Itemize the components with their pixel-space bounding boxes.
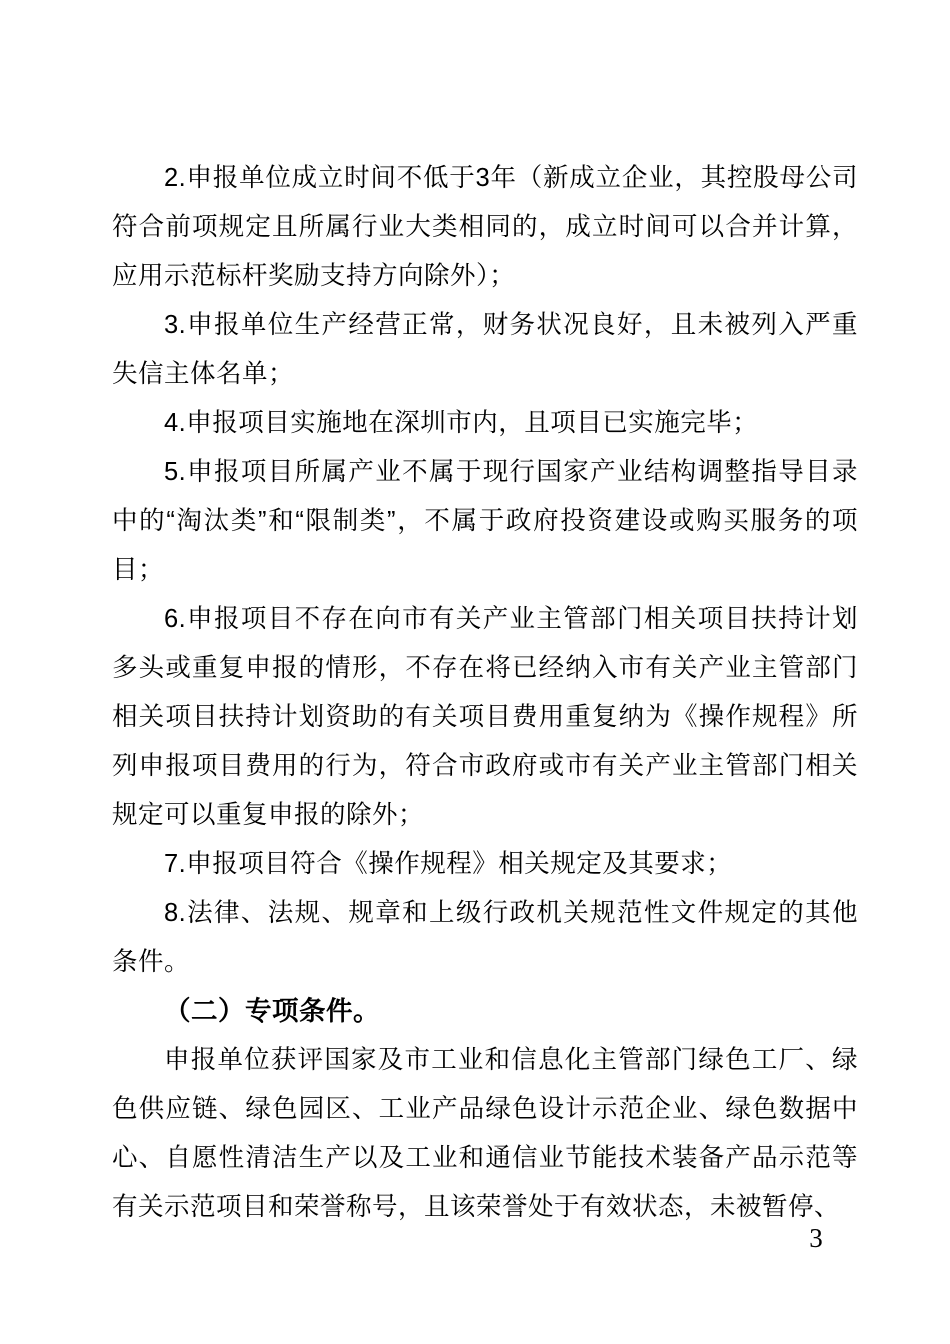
section-heading-special-conditions: （二）专项条件。 bbox=[112, 987, 858, 1036]
document-text-block: 2.申报单位成立时间不低于3年（新成立企业，其控股母公司符合前项规定且所属行业大… bbox=[112, 154, 858, 1232]
page-number: 3 bbox=[796, 1222, 836, 1254]
clause-item-4: 4.申报项目实施地在深圳市内，且项目已实施完毕； bbox=[112, 399, 858, 448]
clause-item-8: 8.法律、法规、规章和上级行政机关规范性文件规定的其他条件。 bbox=[112, 889, 858, 987]
clause-item-5: 5.申报项目所属产业不属于现行国家产业结构调整指导目录中的“淘汰类”和“限制类”… bbox=[112, 448, 858, 595]
clause-item-7: 7.申报项目符合《操作规程》相关规定及其要求； bbox=[112, 840, 858, 889]
document-page: 2.申报单位成立时间不低于3年（新成立企业，其控股母公司符合前项规定且所属行业大… bbox=[0, 0, 950, 1344]
clause-item-2: 2.申报单位成立时间不低于3年（新成立企业，其控股母公司符合前项规定且所属行业大… bbox=[112, 154, 858, 301]
clause-item-3: 3.申报单位生产经营正常，财务状况良好，且未被列入严重失信主体名单； bbox=[112, 301, 858, 399]
clause-item-6: 6.申报项目不存在向市有关产业主管部门相关项目扶持计划多头或重复申报的情形，不存… bbox=[112, 595, 858, 840]
special-conditions-body: 申报单位获评国家及市工业和信息化主管部门绿色工厂、绿色供应链、绿色园区、工业产品… bbox=[112, 1036, 858, 1232]
